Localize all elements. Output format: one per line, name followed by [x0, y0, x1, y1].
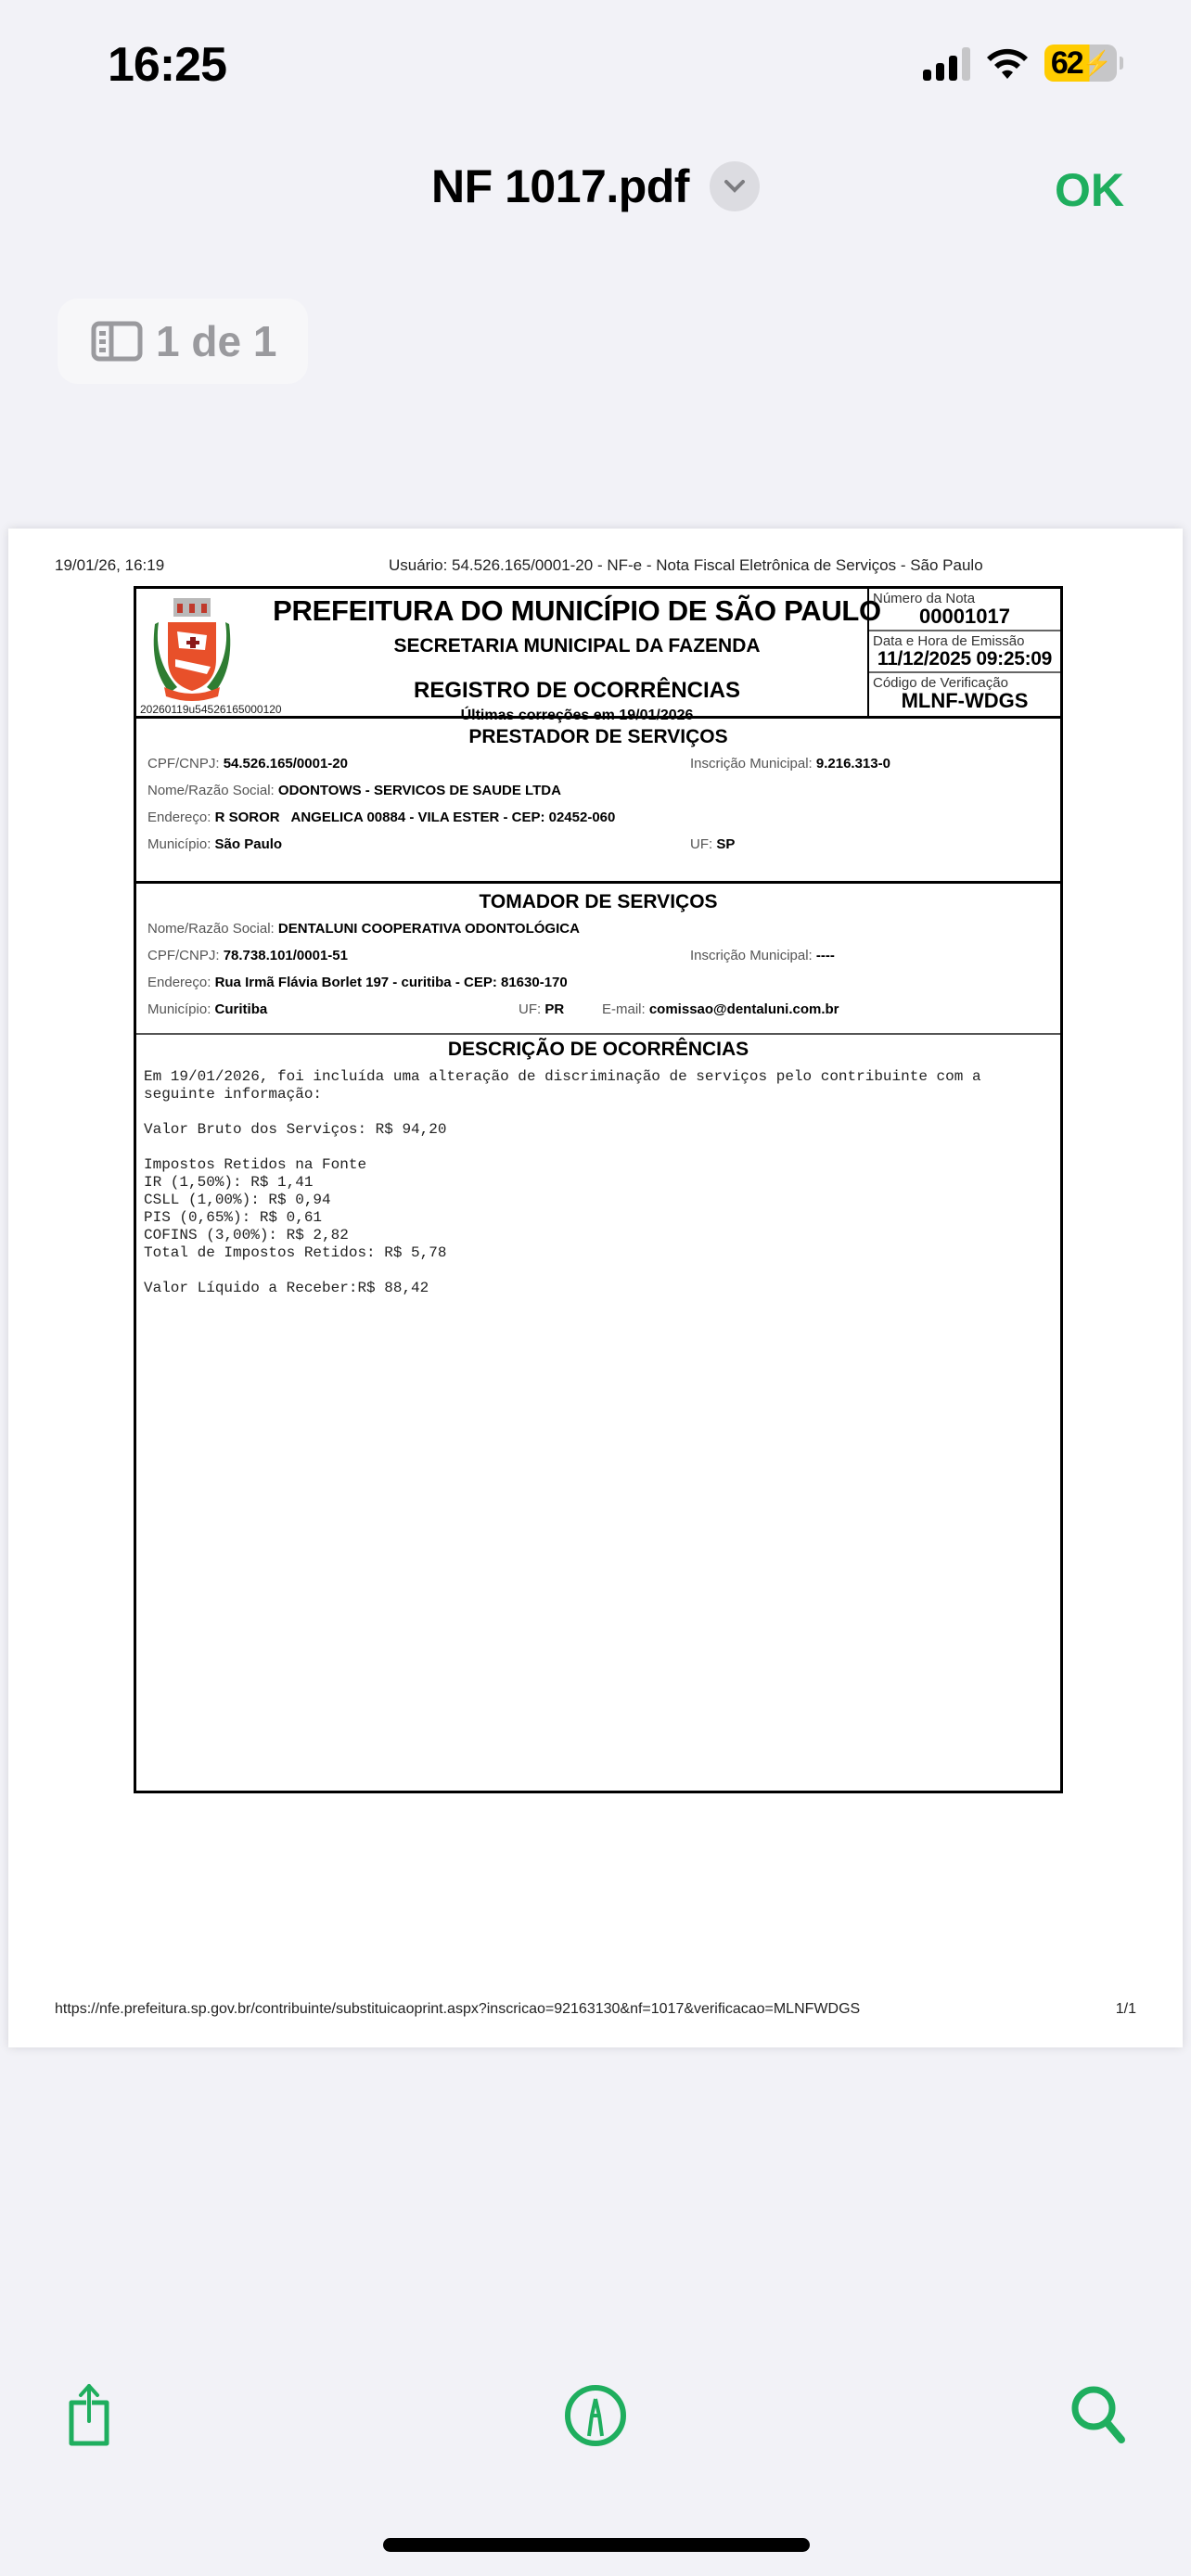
page-indicator-text: 1 de 1	[156, 316, 276, 366]
sidebar-icon	[91, 321, 143, 362]
prestador-row-municipio: Município: São Paulo UF: SP	[147, 836, 1049, 863]
label: Nome/Razão Social:	[147, 783, 275, 798]
print-page-number: 1/1	[1116, 2001, 1136, 2018]
label: Inscrição Municipal:	[690, 948, 813, 963]
document-title[interactable]: NF 1017.pdf	[431, 159, 689, 213]
tomador-municipio: Curitiba	[215, 1001, 268, 1017]
wifi-icon	[985, 45, 1030, 81]
prestador-municipio: São Paulo	[215, 836, 283, 852]
header-subtitle: SECRETARIA MUNICIPAL DA FAZENDA	[248, 635, 906, 657]
tomador-title: TOMADOR DE SERVIÇOS	[147, 884, 1049, 921]
tomador-nome: DENTALUNI COOPERATIVA ODONTOLÓGICA	[278, 921, 580, 937]
label: Município:	[147, 836, 211, 852]
battery-percent: 62	[1051, 45, 1082, 82]
done-button[interactable]: OK	[1055, 163, 1124, 217]
label: Município:	[147, 1001, 211, 1017]
label: CPF/CNPJ:	[147, 948, 220, 963]
label: Nome/Razão Social:	[147, 921, 275, 937]
chevron-down-icon	[724, 179, 746, 194]
sao-paulo-coat-of-arms-icon	[149, 594, 235, 704]
codigo-value: MLNF-WDGS	[873, 691, 1057, 711]
label: Inscrição Municipal:	[690, 756, 813, 772]
tomador-row-cnpj: CPF/CNPJ: 78.738.101/0001-51 Inscrição M…	[147, 948, 1049, 975]
numero-nota-value: 00001017	[873, 606, 1057, 627]
tomador-row-endereco: Endereço: Rua Irmã Flávia Borlet 197 - c…	[147, 975, 1049, 1001]
emissao-cell: Data e Hora de Emissão 11/12/2025 09:25:…	[869, 631, 1060, 674]
print-url: https://nfe.prefeitura.sp.gov.br/contrib…	[55, 2001, 860, 2017]
markup-pen-icon	[558, 2378, 633, 2453]
share-button[interactable]	[52, 2378, 126, 2453]
tomador-uf: PR	[544, 1001, 564, 1017]
descricao-section: DESCRIÇÃO DE OCORRÊNCIAS Em 19/01/2026, …	[136, 1035, 1060, 1297]
prestador-row-cnpj: CPF/CNPJ: 54.526.165/0001-20 Inscrição M…	[147, 756, 1049, 783]
prestador-uf: SP	[716, 836, 735, 852]
prestador-title: PRESTADOR DE SERVIÇOS	[147, 719, 1049, 756]
prestador-endereco: R SOROR ANGELICA 00884 - VILA ESTER - CE…	[215, 810, 616, 825]
label: UF:	[690, 836, 712, 852]
label: UF:	[519, 1001, 541, 1017]
status-icons: 62 ⚡	[923, 45, 1117, 82]
nfse-document: 20260119u54526165000120 PREFEITURA DO MU…	[134, 586, 1063, 1793]
label: Endereço:	[147, 975, 211, 990]
document-type: REGISTRO DE OCORRÊNCIAS	[248, 678, 906, 704]
home-indicator[interactable]	[383, 2538, 810, 2552]
prestador-im: 9.216.313-0	[816, 756, 890, 772]
status-time: 16:25	[108, 37, 226, 93]
document-title-bar: NF 1017.pdf	[0, 159, 1191, 213]
header-title: PREFEITURA DO MUNICÍPIO DE SÃO PAULO	[248, 594, 906, 628]
descricao-title: DESCRIÇÃO DE OCORRÊNCIAS	[144, 1035, 1053, 1063]
signal-icon	[923, 45, 970, 81]
pdf-page[interactable]: 19/01/26, 16:19 Usuário: 54.526.165/0001…	[8, 529, 1183, 2047]
markup-button[interactable]	[558, 2378, 633, 2453]
tomador-im: ----	[816, 948, 835, 963]
label: Endereço:	[147, 810, 211, 825]
tomador-email: comissao@dentaluni.com.br	[649, 1001, 839, 1017]
emissao-label: Data e Hora de Emissão	[873, 633, 1057, 649]
print-datetime: 19/01/26, 16:19	[55, 556, 164, 575]
prestador-section: PRESTADOR DE SERVIÇOS CPF/CNPJ: 54.526.1…	[136, 719, 1060, 884]
print-user-line: Usuário: 54.526.165/0001-20 - NF-e - Not…	[389, 556, 983, 575]
codigo-cell: Código de Verificação MLNF-WDGS	[869, 673, 1060, 716]
header-info-boxes: Número da Nota 00001017 Data e Hora de E…	[867, 589, 1060, 716]
label: E-mail:	[602, 1001, 646, 1017]
label: CPF/CNPJ:	[147, 756, 220, 772]
tomador-endereco: Rua Irmã Flávia Borlet 197 - curitiba - …	[215, 975, 568, 990]
tomador-row-nome: Nome/Razão Social: DENTALUNI COOPERATIVA…	[147, 921, 1049, 948]
share-icon	[52, 2378, 126, 2453]
tomador-section: TOMADOR DE SERVIÇOS Nome/Razão Social: D…	[136, 884, 1060, 1035]
prestador-row-endereco: Endereço: R SOROR ANGELICA 00884 - VILA …	[147, 810, 1049, 836]
header-titles: PREFEITURA DO MUNICÍPIO DE SÃO PAULO SEC…	[248, 589, 906, 724]
battery-charging-icon: 62 ⚡	[1044, 45, 1117, 82]
prestador-cnpj: 54.526.165/0001-20	[224, 756, 348, 772]
emissao-value: 11/12/2025 09:25:09	[873, 649, 1057, 670]
prestador-row-nome: Nome/Razão Social: ODONTOWS - SERVICOS D…	[147, 783, 1049, 810]
tomador-row-municipio: Município: Curitiba UF: PR E-mail: comis…	[147, 1001, 1049, 1028]
nfse-header: 20260119u54526165000120 PREFEITURA DO MU…	[136, 589, 1060, 719]
print-footer: https://nfe.prefeitura.sp.gov.br/contrib…	[55, 2001, 1136, 2018]
prestador-nome: ODONTOWS - SERVICOS DE SAUDE LTDA	[278, 783, 561, 798]
page-indicator[interactable]: 1 de 1	[58, 299, 308, 384]
tomador-cnpj: 78.738.101/0001-51	[224, 948, 348, 963]
search-button[interactable]	[1062, 2378, 1136, 2453]
title-menu-button[interactable]	[710, 161, 760, 211]
search-icon	[1062, 2378, 1136, 2453]
numero-nota-cell: Número da Nota 00001017	[869, 589, 1060, 631]
descricao-text: Em 19/01/2026, foi incluída uma alteraçã…	[144, 1068, 1053, 1297]
